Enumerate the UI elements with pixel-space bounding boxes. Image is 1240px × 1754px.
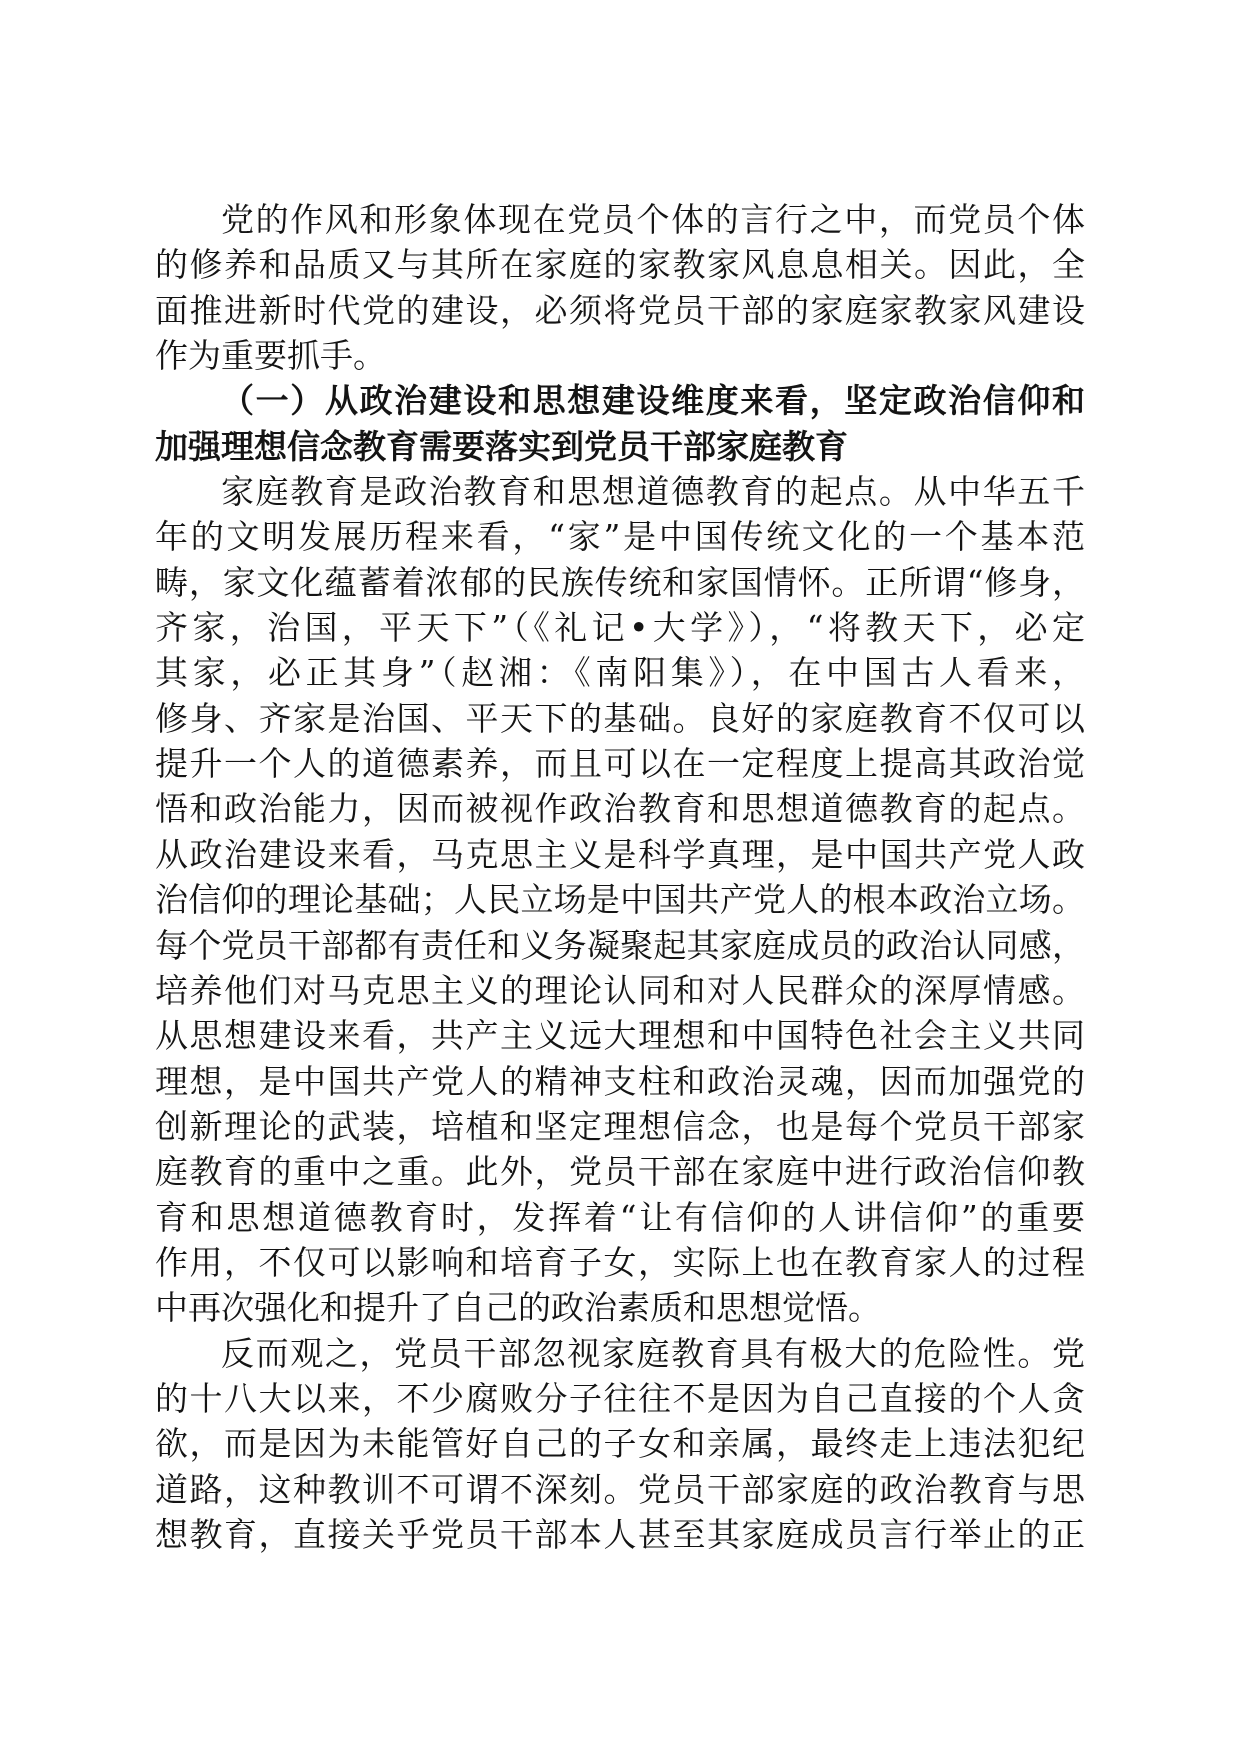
text-line: 创新理论的武装，培植和坚定理想信念，也是每个党员干部家 [155,1104,1085,1149]
document-page: 党的作风和形象体现在党员个体的言行之中，而党员个体的修养和品质又与其所在家庭的家… [0,0,1240,1754]
text-line: 想教育，直接关乎党员干部本人甚至其家庭成员言行举止的正 [155,1512,1085,1557]
text-line: 家庭教育是政治教育和思想道德教育的起点。从中华五千 [155,469,1085,514]
text-line: 其家，必正其身”（赵湘：《南阳集》），在中国古人看来， [155,650,1085,695]
text-line: 修身、齐家是治国、平天下的基础。良好的家庭教育不仅可以 [155,696,1085,741]
text-line: 作用，不仅可以影响和培育子女，实际上也在教育家人的过程 [155,1240,1085,1285]
text-line: 从思想建设来看，共产主义远大理想和中国特色社会主义共同 [155,1013,1085,1058]
text-line: 的十八大以来，不少腐败分子往往不是因为自己直接的个人贪 [155,1376,1085,1421]
text-line: 面推进新时代党的建设，必须将党员干部的家庭家教家风建设 [155,288,1085,333]
paragraph-warning: 反而观之，党员干部忽视家庭教育具有极大的危险性。党的十八大以来，不少腐败分子往往… [155,1331,1085,1558]
text-line: 提升一个人的道德素养，而且可以在一定程度上提高其政治觉 [155,741,1085,786]
text-line: 反而观之，党员干部忽视家庭教育具有极大的危险性。党 [155,1331,1085,1376]
text-line: 的修养和品质又与其所在家庭的家教家风息息相关。因此，全 [155,242,1085,287]
text-line: 每个党员干部都有责任和义务凝聚起其家庭成员的政治认同感， [155,923,1085,968]
text-line: 庭教育的重中之重。此外，党员干部在家庭中进行政治信仰教 [155,1149,1085,1194]
text-body: 党的作风和形象体现在党员个体的言行之中，而党员个体的修养和品质又与其所在家庭的家… [155,197,1085,1557]
text-line: 畴，家文化蕴蓄着浓郁的民族传统和家国情怀。正所谓“修身， [155,560,1085,605]
text-line: 培养他们对马克思主义的理论认同和对人民群众的深厚情感。 [155,968,1085,1013]
text-line: 悟和政治能力，因而被视作政治教育和思想道德教育的起点。 [155,786,1085,831]
text-line: 年的文明发展历程来看，“家”是中国传统文化的一个基本范 [155,514,1085,559]
text-line: 欲，而是因为未能管好自己的子女和亲属，最终走上违法犯纪 [155,1421,1085,1466]
text-line: 中再次强化和提升了自己的政治素质和思想觉悟。 [155,1285,1085,1330]
text-line: （一）从政治建设和思想建设维度来看，坚定政治信仰和 [155,378,1085,423]
section-heading-1: （一）从政治建设和思想建设维度来看，坚定政治信仰和加强理想信念教育需要落实到党员… [155,378,1085,469]
text-line: 理想，是中国共产党人的精神支柱和政治灵魂，因而加强党的 [155,1059,1085,1104]
text-line: 育和思想道德教育时，发挥着“让有信仰的人讲信仰”的重要 [155,1195,1085,1240]
text-line: 从政治建设来看，马克思主义是科学真理，是中国共产党人政 [155,832,1085,877]
text-line: 作为重要抓手。 [155,333,1085,378]
text-line: 加强理想信念教育需要落实到党员干部家庭教育 [155,424,1085,469]
paragraph-family-education: 家庭教育是政治教育和思想道德教育的起点。从中华五千年的文明发展历程来看，“家”是… [155,469,1085,1331]
text-line: 党的作风和形象体现在党员个体的言行之中，而党员个体 [155,197,1085,242]
text-line: 齐家，治国，平天下”（《礼记•大学》），“将教天下，必定 [155,605,1085,650]
text-line: 道路，这种教训不可谓不深刻。党员干部家庭的政治教育与思 [155,1467,1085,1512]
paragraph-intro: 党的作风和形象体现在党员个体的言行之中，而党员个体的修养和品质又与其所在家庭的家… [155,197,1085,378]
text-line: 治信仰的理论基础；人民立场是中国共产党人的根本政治立场。 [155,877,1085,922]
